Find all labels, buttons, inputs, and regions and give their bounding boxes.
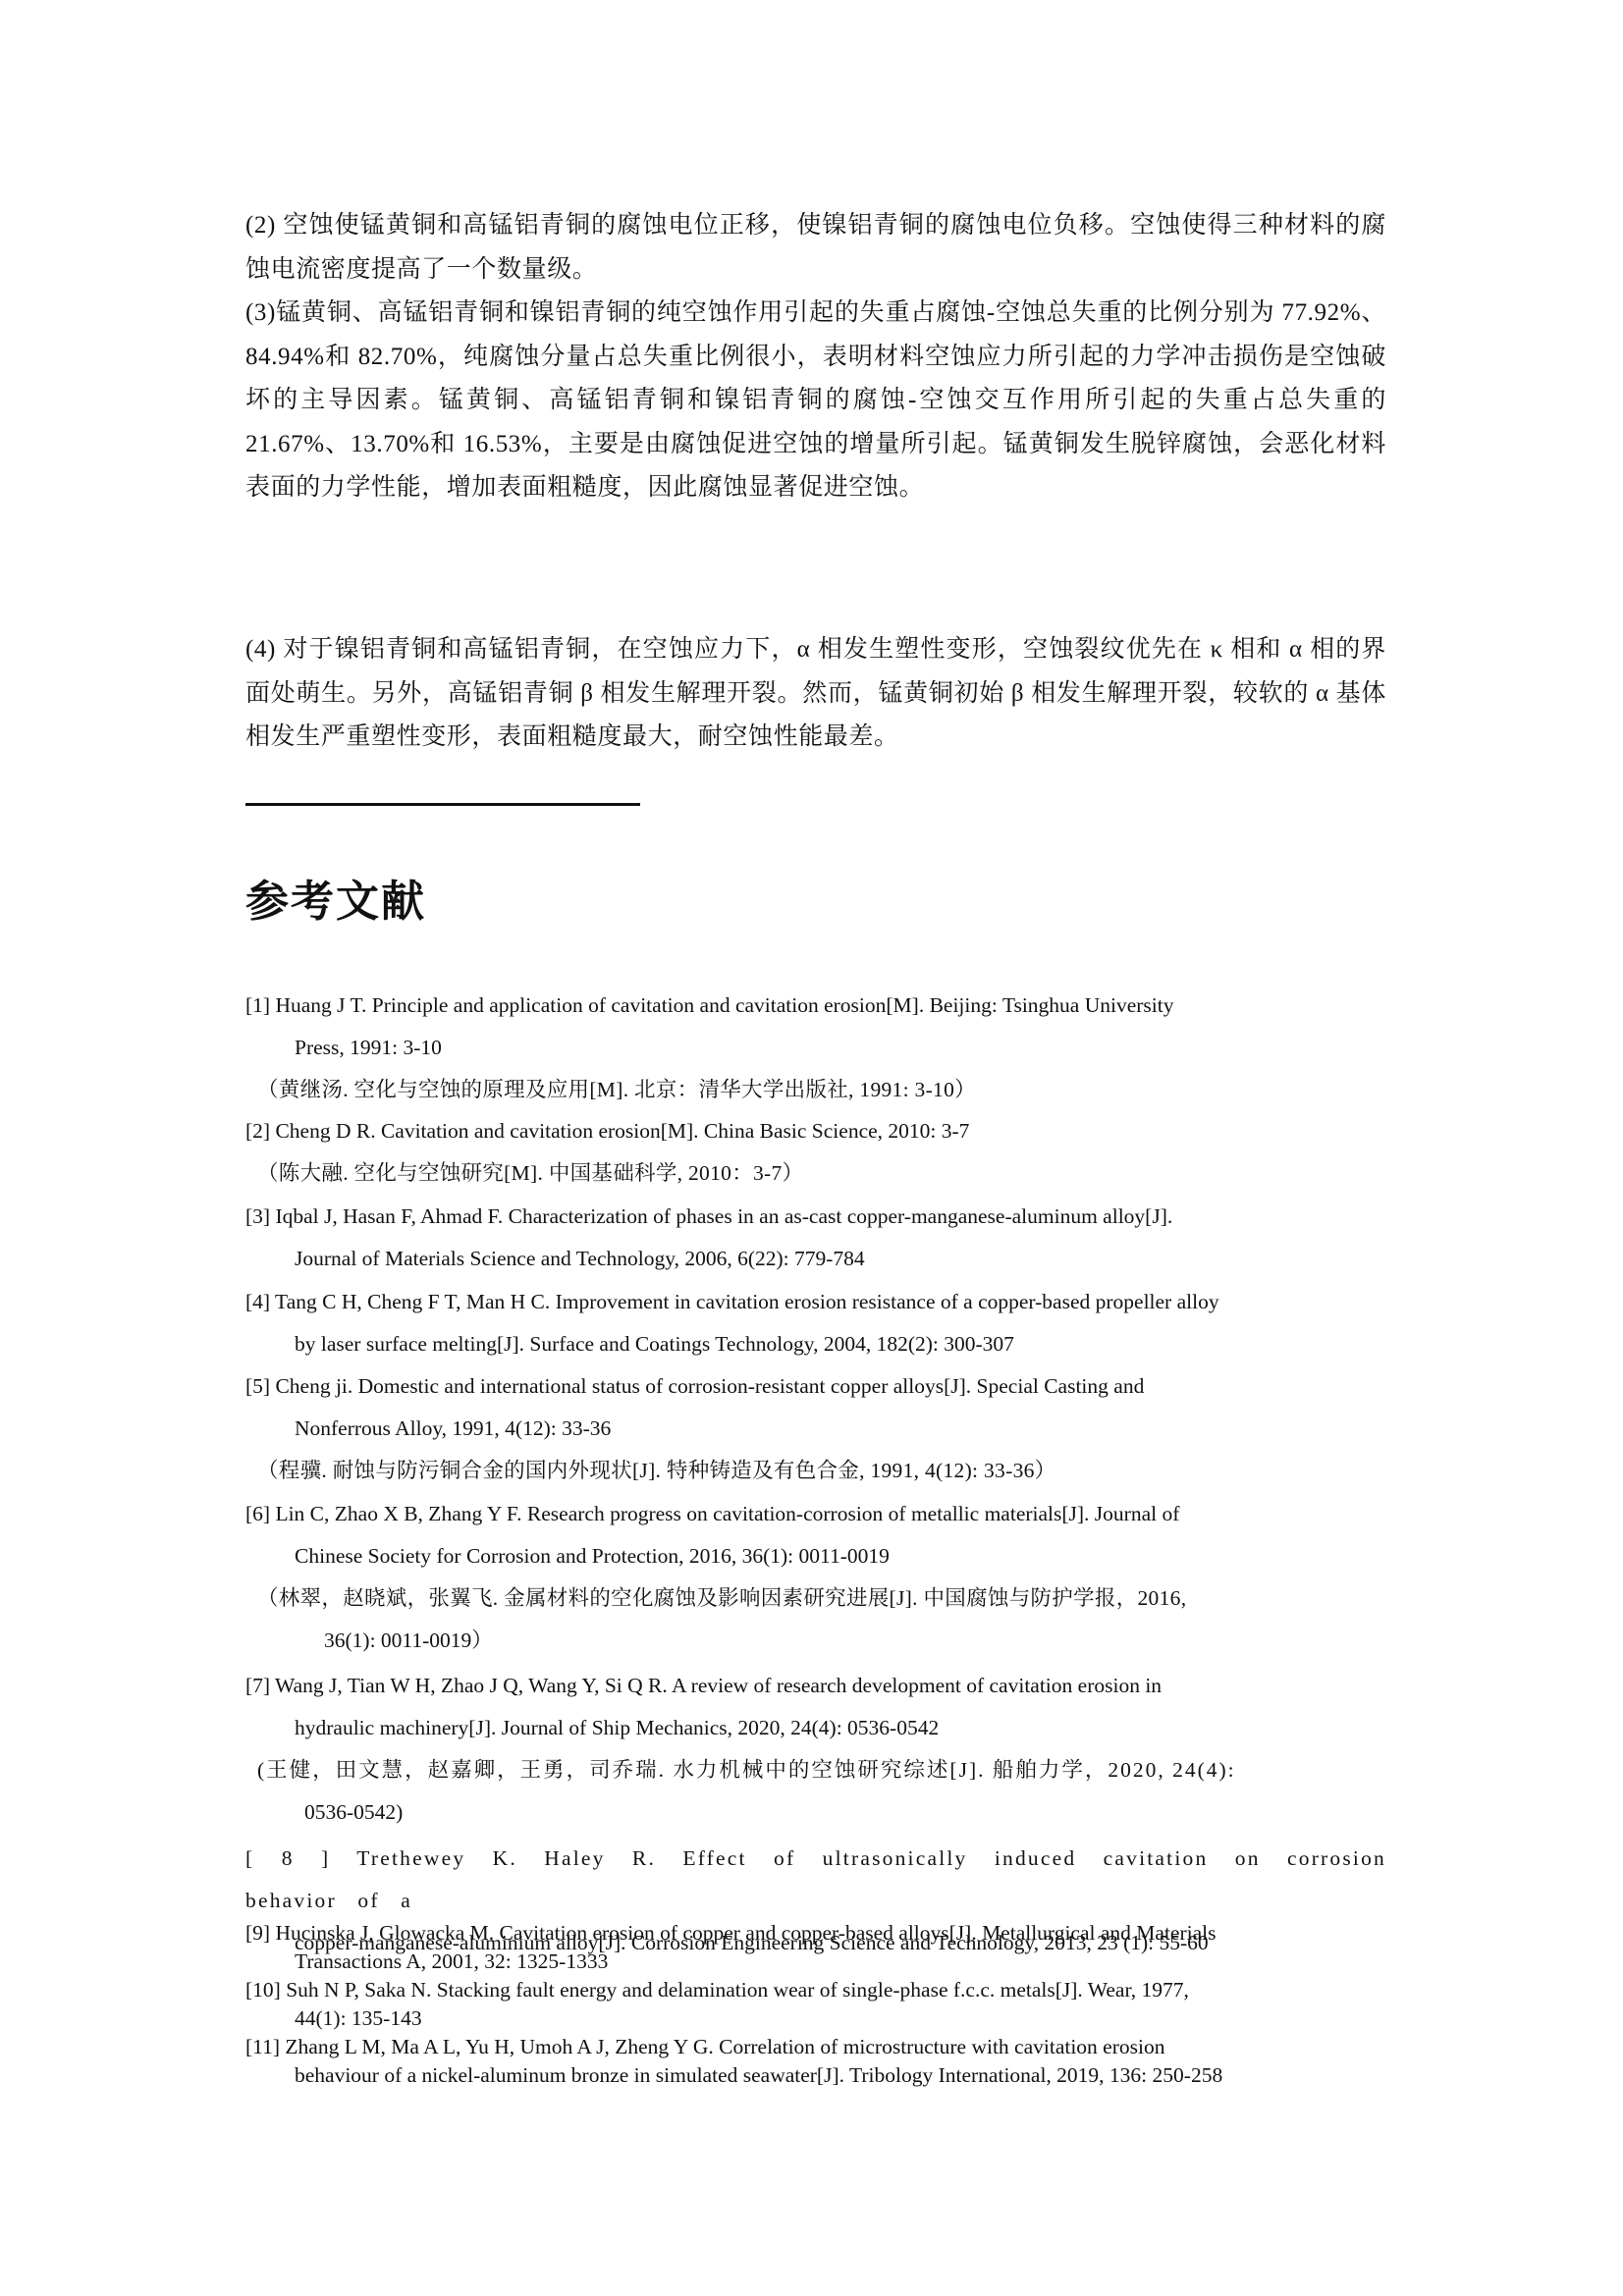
reference-7-chinese: (王健，田文慧，赵嘉卿，王勇，司乔瑞. 水力机械中的空蚀研究综述[J]. 船舶力… <box>245 1749 1386 1791</box>
reference-4-continuation: by laser surface melting[J]. Surface and… <box>245 1323 1386 1365</box>
reference-6-chinese: （林翠，赵晓斌，张翼飞. 金属材料的空化腐蚀及影响因素研究进展[J]. 中国腐蚀… <box>245 1577 1386 1620</box>
reference-3-continuation: Journal of Materials Science and Technol… <box>245 1238 1386 1280</box>
reference-2-citation: [2] Cheng D R. Cavitation and cavitation… <box>245 1110 1386 1152</box>
reference-9-continuation: Transactions A, 2001, 32: 1325-1333 <box>245 1948 1386 1976</box>
reference-7-chinese-continuation: 0536-0542) <box>245 1791 1386 1834</box>
reference-item-1: [1] Huang J T. Principle and application… <box>245 985 1386 1111</box>
reference-10-continuation: 44(1): 135-143 <box>245 2004 1386 2033</box>
conclusion-paragraph-2: (2) 空蚀使锰黄铜和高锰铝青铜的腐蚀电位正移，使镍铝青铜的腐蚀电位负移。空蚀使… <box>245 204 1386 292</box>
reference-6-citation: [6] Lin C, Zhao X B, Zhang Y F. Research… <box>245 1493 1386 1535</box>
reference-4-citation: [4] Tang C H, Cheng F T, Man H C. Improv… <box>245 1281 1386 1323</box>
reference-item-9: [9] Hucinska J, Glowacka M. Cavitation e… <box>245 1919 1386 1976</box>
reference-6-continuation: Chinese Society for Corrosion and Protec… <box>245 1535 1386 1577</box>
reference-item-6: [6] Lin C, Zhao X B, Zhang Y F. Research… <box>245 1493 1386 1662</box>
reference-10-citation: [10] Suh N P, Saka N. Stacking fault ene… <box>245 1976 1386 2004</box>
reference-6-chinese-continuation: 36(1): 0011-0019） <box>245 1620 1386 1662</box>
reference-9-citation: [9] Hucinska J, Glowacka M. Cavitation e… <box>245 1919 1386 1948</box>
reference-item-2: [2] Cheng D R. Cavitation and cavitation… <box>245 1110 1386 1195</box>
reference-item-3: [3] Iqbal J, Hasan F, Ahmad F. Character… <box>245 1196 1386 1280</box>
reference-item-10: [10] Suh N P, Saka N. Stacking fault ene… <box>245 1976 1386 2033</box>
references-heading: 参考文献 <box>245 866 426 929</box>
reference-7-citation: [7] Wang J, Tian W H, Zhao J Q, Wang Y, … <box>245 1665 1386 1707</box>
footnote-separator-rule <box>245 803 640 806</box>
reference-1-continuation: Press, 1991: 3-10 <box>245 1027 1386 1069</box>
conclusion-paragraph-4: (4) 对于镍铝青铜和高锰铝青铜，在空蚀应力下，α 相发生塑性变形，空蚀裂纹优先… <box>245 628 1386 760</box>
reference-8-citation: [ 8 ] Trethewey K. Haley R. Effect of ul… <box>245 1838 1386 1922</box>
reference-11-citation: [11] Zhang L M, Ma A L, Yu H, Umoh A J, … <box>245 2033 1386 2061</box>
reference-5-chinese: （程骥. 耐蚀与防污铜合金的国内外现状[J]. 特种铸造及有色合金, 1991,… <box>245 1450 1386 1492</box>
reference-7-continuation: hydraulic machinery[J]. Journal of Ship … <box>245 1707 1386 1749</box>
reference-5-citation: [5] Cheng ji. Domestic and international… <box>245 1365 1386 1408</box>
reference-11-continuation: behaviour of a nickel-aluminum bronze in… <box>245 2061 1386 2090</box>
reference-item-7: [7] Wang J, Tian W H, Zhao J Q, Wang Y, … <box>245 1665 1386 1834</box>
conclusion-paragraph-3: (3)锰黄铜、高锰铝青铜和镍铝青铜的纯空蚀作用引起的失重占腐蚀-空蚀总失重的比例… <box>245 292 1386 510</box>
reference-1-chinese: （黄继汤. 空化与空蚀的原理及应用[M]. 北京：清华大学出版社, 1991: … <box>245 1069 1386 1111</box>
reference-2-chinese: （陈大融. 空化与空蚀研究[M]. 中国基础科学, 2010：3-7） <box>245 1152 1386 1195</box>
reference-3-citation: [3] Iqbal J, Hasan F, Ahmad F. Character… <box>245 1196 1386 1238</box>
reference-item-5: [5] Cheng ji. Domestic and international… <box>245 1365 1386 1492</box>
reference-item-11: [11] Zhang L M, Ma A L, Yu H, Umoh A J, … <box>245 2033 1386 2090</box>
reference-item-4: [4] Tang C H, Cheng F T, Man H C. Improv… <box>245 1281 1386 1365</box>
reference-5-continuation: Nonferrous Alloy, 1991, 4(12): 33-36 <box>245 1408 1386 1450</box>
reference-1-citation: [1] Huang J T. Principle and application… <box>245 985 1386 1027</box>
